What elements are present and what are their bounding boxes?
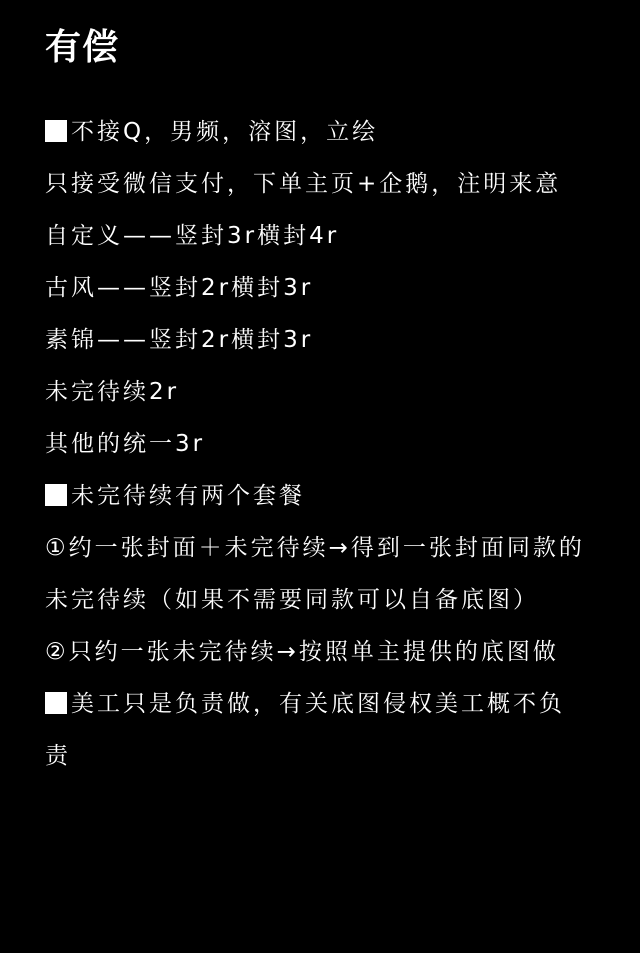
disclaimer-text: 美工只是负责做，有关底图侵权美工概不负责: [45, 691, 565, 769]
square-bullet-icon: [45, 120, 67, 142]
package-heading: 未完待续有两个套餐: [45, 470, 590, 522]
price-line-sujin: 素锦——竖封2r横封3r: [45, 314, 590, 366]
package-option-text: ①约一张封面＋未完待续→得到一张封面同款的未完待续（如果不需要同款可以自备底图）: [45, 535, 585, 613]
price-line-tbc: 未完待续2r: [45, 366, 590, 418]
price-text: 自定义——竖封3r横封4r: [45, 223, 339, 249]
package-heading-text: 未完待续有两个套餐: [71, 483, 305, 509]
package-option-2: ②只约一张未完待续→按照单主提供的底图做: [45, 626, 590, 678]
payment-line: 只接受微信支付，下单主页+企鹅，注明来意: [45, 158, 590, 210]
rule-line: 不接Q，男频，溶图，立绘: [45, 106, 590, 158]
payment-text: 只接受微信支付，下单主页+企鹅，注明来意: [45, 171, 561, 197]
price-line-custom: 自定义——竖封3r横封4r: [45, 210, 590, 262]
price-text: 其他的统一3r: [45, 431, 205, 457]
price-line-ancient: 古风——竖封2r横封3r: [45, 262, 590, 314]
rule-text: 不接Q，男频，溶图，立绘: [71, 119, 378, 145]
price-line-other: 其他的统一3r: [45, 418, 590, 470]
price-text: 未完待续2r: [45, 379, 179, 405]
price-notice: 有偿 不接Q，男频，溶图，立绘 只接受微信支付，下单主页+企鹅，注明来意 自定义…: [45, 24, 590, 782]
price-text: 古风——竖封2r横封3r: [45, 275, 313, 301]
square-bullet-icon: [45, 484, 67, 506]
disclaimer-line: 美工只是负责做，有关底图侵权美工概不负责: [45, 678, 590, 782]
price-text: 素锦——竖封2r横封3r: [45, 327, 313, 353]
package-option-1: ①约一张封面＋未完待续→得到一张封面同款的未完待续（如果不需要同款可以自备底图）: [45, 522, 590, 626]
page-title: 有偿: [45, 24, 590, 72]
square-bullet-icon: [45, 692, 67, 714]
package-option-text: ②只约一张未完待续→按照单主提供的底图做: [45, 639, 559, 665]
